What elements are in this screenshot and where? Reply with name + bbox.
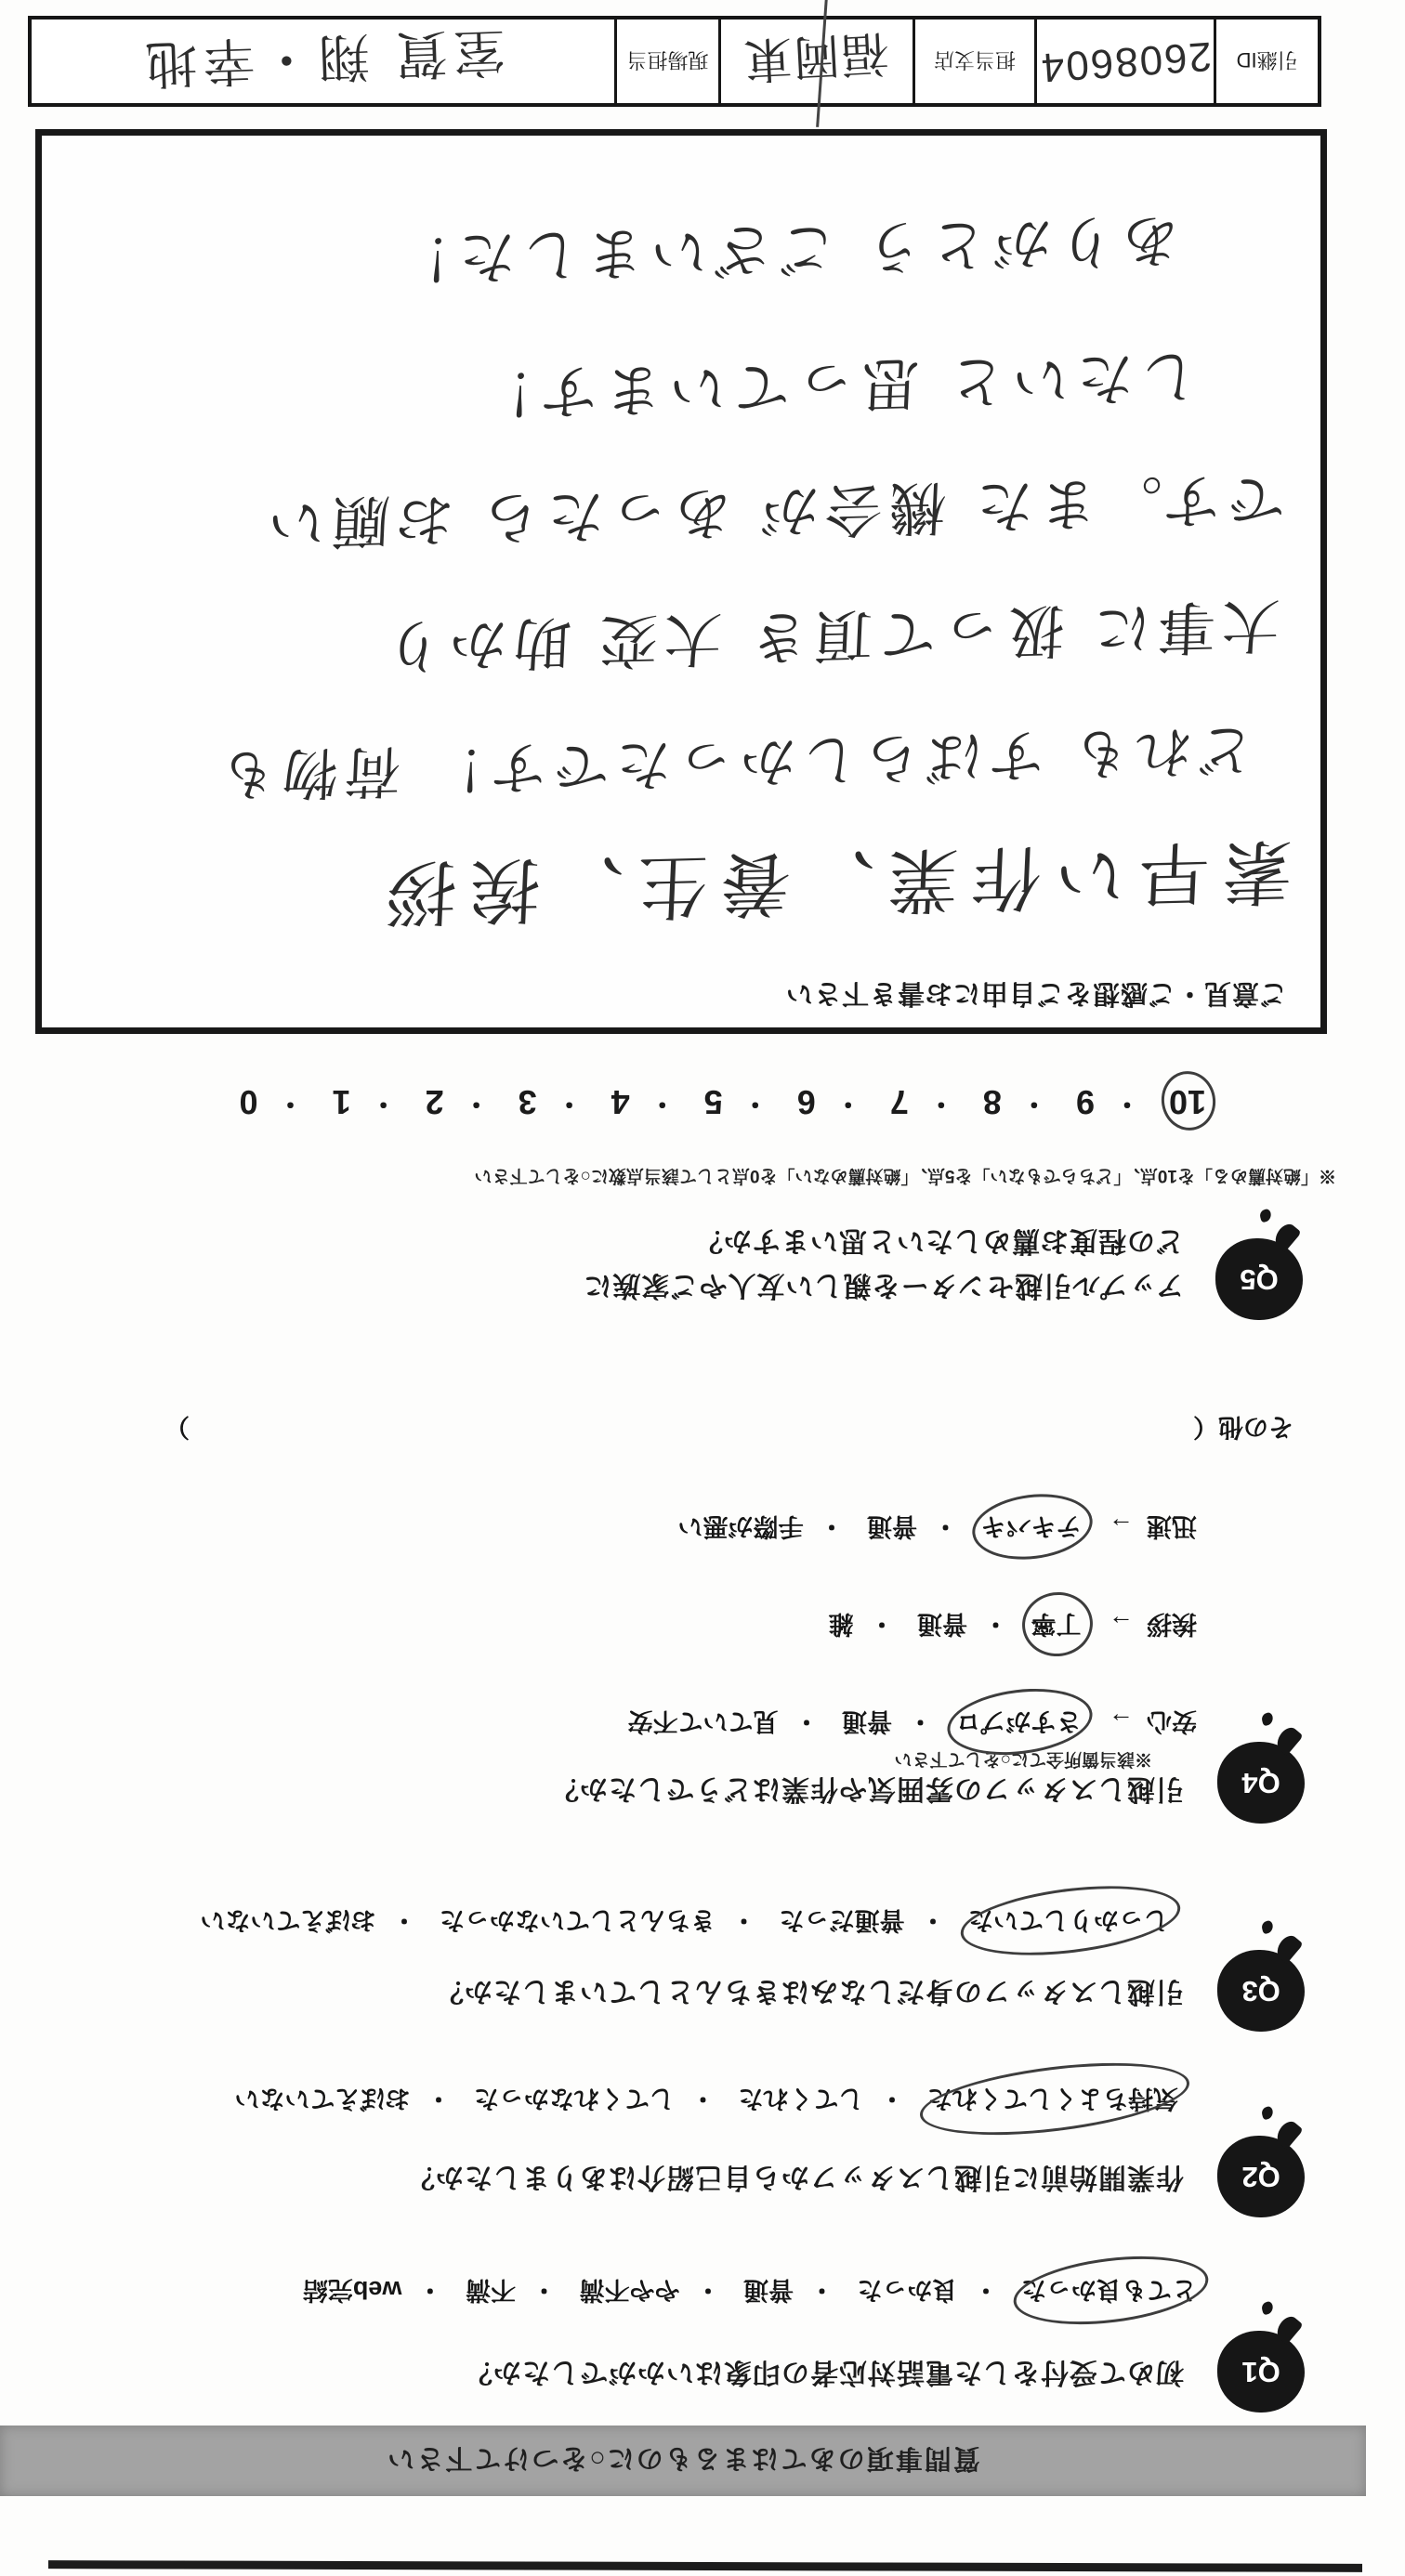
q4-option-circled: 丁寧 — [1031, 1608, 1081, 1644]
arrow-icon: → — [1109, 1511, 1134, 1540]
scale-number: 5 — [704, 1082, 788, 1127]
handwritten-comment-line: したいと 思っています！ — [468, 339, 1200, 439]
instruction-bar: 質問事項のあてはまるものに○をつけて下さい — [0, 2426, 1366, 2496]
paren-close: ） — [164, 1413, 190, 1441]
field-staff-label-cell: 現場担当 — [617, 20, 721, 103]
q4-option: 見ていて不安 — [627, 1706, 834, 1742]
scale-number: 2 — [426, 1082, 509, 1127]
q1-option: 良かった — [857, 2274, 1014, 2310]
q2-option: してくれなかった — [474, 2083, 731, 2119]
q4-option-circled: さすがプロ — [955, 1706, 1081, 1742]
instruction-bar-text: 質問事項のあてはまるものに○をつけて下さい — [386, 2442, 980, 2480]
handwritten-comment-line: 大事に 扱って頂き 大変 助かり — [376, 588, 1280, 693]
q1-option-circled: とても良かった — [1021, 2274, 1197, 2310]
arrow-icon: → — [1109, 1706, 1134, 1735]
scan-edge-line — [48, 2560, 1362, 2572]
branch-label: 担当支店 — [934, 47, 1016, 76]
branch-handwritten-value: 福岡東 — [742, 22, 891, 99]
survey-sheet-rotated-180: 質問事項のあてはまるものに○をつけて下さい Q1 初めて受付をした電話対応者の印… — [0, 0, 1405, 2576]
q4-other-row: その他（） — [164, 1411, 1293, 1447]
q2-badge: Q2 — [1217, 2136, 1305, 2217]
handover-table: 引継ID 2608604 担当支店 福岡東 現場担当 室賀 翔・幸地 — [28, 16, 1321, 107]
handwritten-comment-line: どれも すばらしかったです！ 荷物も — [212, 713, 1255, 818]
q4-badge-label: Q4 — [1241, 1766, 1280, 1799]
field-staff-value-cell: 室賀 翔・幸地 — [32, 20, 617, 103]
q2-options: 気持ちよくしてくれた してくれた してくれなかった おぼえていない — [234, 2083, 1178, 2119]
q4-row-jinsoku: 迅速→ テキパキ 普通 手際が悪い — [677, 1510, 1197, 1547]
scanned-survey-page: 質問事項のあてはまるものに○をつけて下さい Q1 初めて受付をした電話対応者の印… — [0, 0, 1405, 2576]
field-staff-label: 現場担当 — [627, 47, 709, 76]
q3-badge-label: Q3 — [1241, 1974, 1280, 2007]
q4-row-label: 迅速 — [1147, 1510, 1197, 1547]
q4-other-label: その他 — [1218, 1413, 1293, 1441]
q4-row-anshin: 安心→ さすがプロ 普通 見ていて不安 — [627, 1706, 1197, 1742]
scale-number: 1 — [333, 1082, 416, 1127]
handwritten-comment-line: ありがとう ございました！ — [386, 203, 1181, 306]
comment-box-header: ご意見・ご感想をご自由にお書き下さい — [785, 976, 1287, 1014]
q4-option: 普通 — [842, 1706, 949, 1742]
scale-10-circled: 10 — [1169, 1082, 1206, 1121]
q4-option: 手際が悪い — [677, 1510, 860, 1547]
q4-row-aisatsu: 挨拶→ 丁寧 普通 雑 — [828, 1608, 1197, 1644]
q4-badge: Q4 — [1217, 1742, 1305, 1824]
q4-title: 引越しスタッフの雰囲気や作業はどうでしたか？ — [550, 1772, 1184, 1812]
q4-option: 普通 — [917, 1608, 1024, 1644]
q4-option-circled: テキパキ — [980, 1510, 1081, 1547]
q4-row-label: 安心 — [1147, 1706, 1197, 1742]
branch-label-cell: 担当支店 — [915, 20, 1038, 103]
q3-badge: Q3 — [1217, 1950, 1305, 2032]
q5-title-line1: アップル引越センターを親しい友人やご家族に — [584, 1268, 1185, 1309]
field-staff-handwritten-value: 室賀 翔・幸地 — [138, 18, 506, 105]
q1-option: web完結 — [303, 2274, 459, 2310]
q5-badge: Q5 — [1215, 1238, 1303, 1320]
handwritten-comment-line: 素早い作業、養生、挨拶 — [371, 826, 1295, 949]
q3-option: 普通だった — [779, 1904, 961, 1941]
q2-badge-label: Q2 — [1241, 2160, 1280, 2193]
q4-option: 普通 — [867, 1510, 974, 1547]
q1-option: 普通 — [743, 2274, 850, 2310]
q1-badge-label: Q1 — [1241, 2355, 1280, 2388]
q2-option: してくれた — [738, 2083, 920, 2119]
paren-open: （ — [1193, 1413, 1218, 1441]
q1-badge: Q1 — [1217, 2331, 1305, 2413]
q5-note: ※「絶対薦める」を10点、「どちらでもない」を5点、「絶対薦めない」を0点として… — [474, 1165, 1336, 1190]
arrow-icon: → — [1109, 1609, 1134, 1638]
scale-number: 6 — [797, 1082, 881, 1127]
q5-badge-label: Q5 — [1240, 1262, 1278, 1296]
q5-title-line2: どの程度お薦めしたいと思いますか？ — [694, 1223, 1184, 1264]
q4-row-label: 挨拶 — [1147, 1608, 1197, 1644]
q5-score-scale: 10 9 8 7 6 5 4 3 2 1 0 — [239, 1082, 1206, 1127]
q1-options: とても良かった 良かった 普通 やや不満 不満 web完結 — [303, 2274, 1197, 2310]
handover-id-value-cell: 2608604 — [1037, 20, 1216, 103]
q1-title: 初めて受付をした電話対応者の印象はいかがでしたか？ — [464, 2355, 1184, 2396]
q2-option: おぼえていない — [234, 2083, 466, 2119]
handover-id-handwritten-value: 2608604 — [1038, 33, 1213, 91]
q3-option-circled: しっかりしていた — [968, 1904, 1169, 1941]
branch-value-cell: 福岡東 — [721, 20, 915, 103]
scale-number: 4 — [611, 1082, 695, 1127]
scale-number: 3 — [519, 1082, 602, 1127]
handover-id-label-cell: 引継ID — [1216, 20, 1318, 103]
scale-number: 9 — [1076, 1082, 1160, 1127]
scale-number: 8 — [983, 1082, 1067, 1127]
q4-option: 雑 — [828, 1608, 910, 1644]
handover-id-label: 引継ID — [1237, 47, 1298, 76]
q2-option-circled: 気持ちよくしてくれた — [927, 2083, 1178, 2119]
q2-title: 作業開始前に引越しスタッフから自己紹介はありましたか？ — [406, 2160, 1184, 2201]
q3-options: しっかりしていた 普通だった きちんとしていなかった おぼえていない — [200, 1904, 1169, 1941]
scale-number: 0 — [239, 1082, 322, 1127]
q1-option: 不満 — [466, 2274, 572, 2310]
scale-number: 7 — [890, 1082, 974, 1127]
q3-option: おぼえていない — [200, 1904, 432, 1941]
q3-title: 引越しスタッフの身だしなみはきちんとしていましたか？ — [435, 1974, 1184, 2015]
comment-box: ご意見・ご感想をご自由にお書き下さい 素早い作業、養生、挨拶 どれも すばらしか… — [35, 129, 1327, 1034]
q3-option: きちんとしていなかった — [440, 1904, 772, 1941]
q1-option: やや不満 — [579, 2274, 736, 2310]
handwritten-comment-line: です。また 機会が あったら お願い — [259, 462, 1287, 569]
